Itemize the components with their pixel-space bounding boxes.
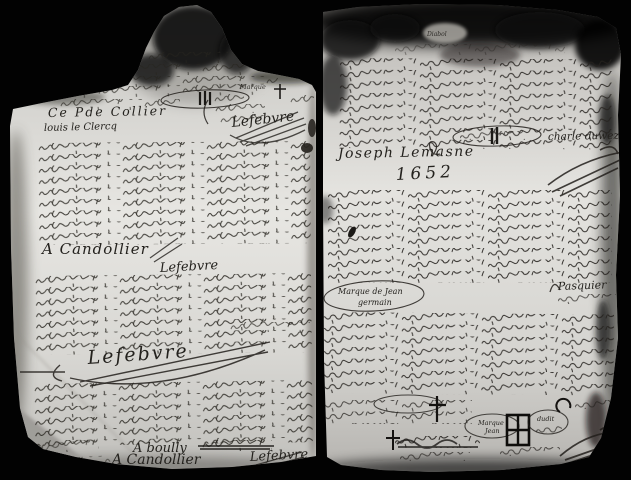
handwriting-fragment <box>500 447 560 456</box>
burn-stain <box>495 12 585 48</box>
handwriting-fragment <box>460 131 526 140</box>
handwriting-fragment <box>214 94 244 104</box>
handwriting-fragment <box>536 425 562 433</box>
handwriting-paragraph <box>34 380 313 446</box>
marque-bottom-name: Jean <box>483 427 500 435</box>
signature-candollier-mid: A Candollier <box>40 240 149 258</box>
ink-blot <box>308 119 316 137</box>
handwriting-fragment <box>290 95 314 105</box>
marque-jean-line2: germain <box>358 298 392 307</box>
signature-pasquier: Pasquier <box>557 278 608 293</box>
manuscript-scan: Marque Ce Pde Collier louis le Clercq Le… <box>0 0 631 480</box>
marque-label: Marque <box>239 83 266 91</box>
handwriting-fragment <box>558 294 616 304</box>
marque-jean-line1: Marque de Jean <box>337 287 403 296</box>
year-inscription: 1652 <box>395 162 455 185</box>
handwriting-paragraph <box>321 312 614 396</box>
handwriting-paragraph <box>328 190 612 283</box>
handwriting-paragraph <box>38 141 311 245</box>
page-gutter <box>316 0 323 480</box>
right-page-content: Diabol Joseph Lemasne charle duwez 1652 … <box>310 0 630 479</box>
dudit-label: dudit <box>537 415 555 423</box>
signature-joseph: Joseph Lemasne <box>335 144 475 162</box>
signature-lefebvre-mid: Lefebvre <box>158 258 218 276</box>
handwriting-fragment <box>395 44 565 55</box>
handwriting-fragment <box>148 52 228 63</box>
signature-collier: Ce Pde Collier <box>48 103 167 120</box>
archive-stamp-text: Diabol <box>426 31 447 38</box>
signature-duwez: charle duwez <box>548 130 620 143</box>
burn-stain <box>370 14 420 42</box>
handwriting-fragment <box>230 322 310 332</box>
marque-bottom-label: Marque <box>477 419 504 427</box>
handwriting-fragment <box>400 452 470 461</box>
signature-leclercq: louis le Clercq <box>44 121 117 134</box>
scan-image: Marque Ce Pde Collier louis le Clercq Le… <box>0 0 631 480</box>
